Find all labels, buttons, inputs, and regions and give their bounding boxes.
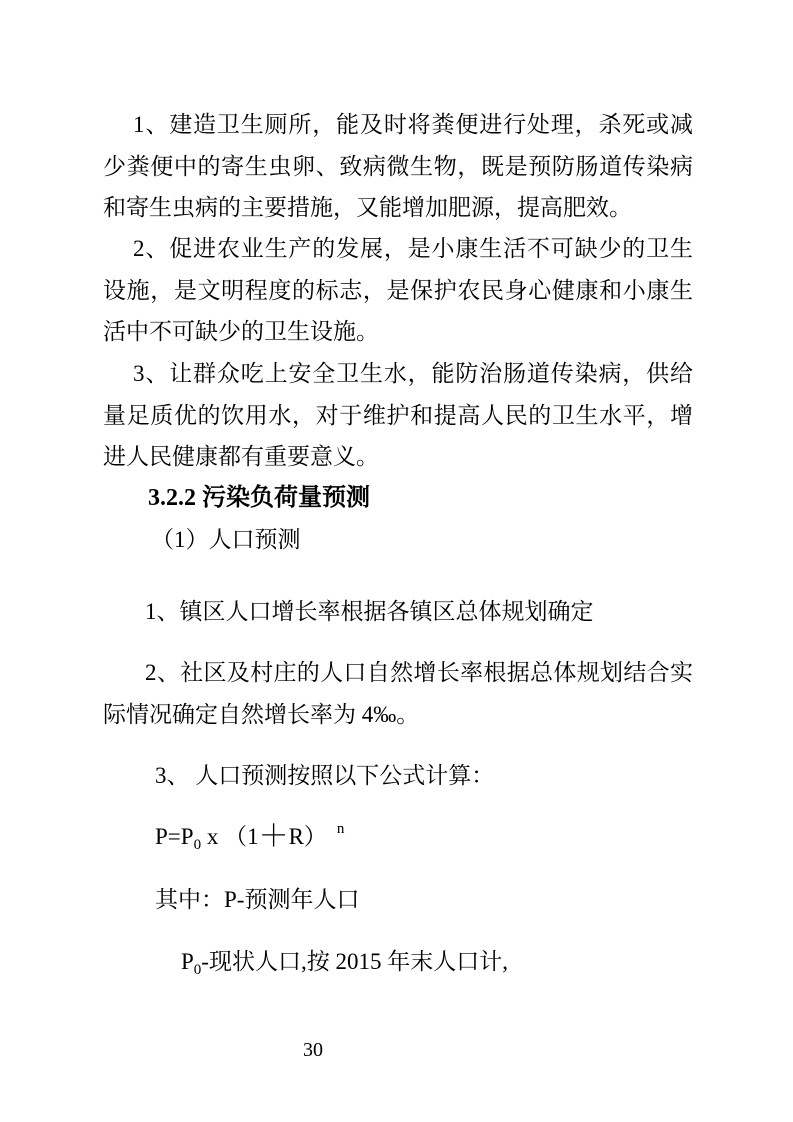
text-line: 际情况确定自然增长率为 4‰。 bbox=[103, 694, 693, 736]
text-line: 1、建造卫生厕所，能及时将粪便进行处理，杀死或减 bbox=[103, 104, 693, 146]
body-paragraph-1: 1、建造卫生厕所，能及时将粪便进行处理，杀死或减 少粪便中的寄生虫卵、致病微生物… bbox=[103, 104, 693, 229]
text-line: 量足质优的饮用水，对于维护和提高人民的卫生水平，增 bbox=[103, 395, 693, 437]
text-line: 设施，是文明程度的标志，是保护农民身心健康和小康生 bbox=[103, 270, 693, 312]
formula-subscript: 0 bbox=[194, 837, 202, 853]
text-line: 少粪便中的寄生虫卵、致病微生物，既是预防肠道传染病 bbox=[103, 146, 693, 188]
text-line: 2、社区及村庄的人口自然增长率根据总体规划结合实 bbox=[103, 652, 693, 694]
formula-lead: P=P bbox=[155, 824, 194, 849]
list-item-2: 2、社区及村庄的人口自然增长率根据总体规划结合实 际情况确定自然增长率为 4‰。 bbox=[103, 652, 693, 735]
formula-line: P=P0 x （1＋R）n bbox=[103, 816, 745, 858]
text-line: 活中不可缺少的卫生设施。 bbox=[103, 311, 693, 353]
p0-lead: P bbox=[181, 949, 194, 974]
list-item-1: 1、镇区人口增长率根据各镇区总体规划确定 bbox=[103, 591, 735, 633]
section-heading: 3.2.2 污染负荷量预测 bbox=[103, 478, 738, 520]
page-number: 30 bbox=[243, 1036, 383, 1064]
text-line: 3、让群众吃上安全卫生水，能防治肠道传染病，供给 bbox=[103, 353, 693, 395]
text-line: 进人民健康都有重要意义。 bbox=[103, 436, 693, 478]
formula-mid: x （1 bbox=[201, 824, 259, 849]
formula-p0-line: P0-现状人口,按 2015 年末人口计, bbox=[103, 941, 771, 983]
document-page: 1、建造卫生厕所，能及时将粪便进行处理，杀死或减 少粪便中的寄生虫卵、致病微生物… bbox=[0, 0, 793, 1122]
text-line: 2、促进农业生产的发展，是小康生活不可缺少的卫生 bbox=[103, 228, 693, 270]
formula-where-line: 其中：P-预测年人口 bbox=[103, 879, 745, 921]
p0-rest: -现状人口,按 2015 年末人口计, bbox=[201, 949, 508, 974]
formula-superscript: n bbox=[337, 821, 345, 837]
formula-tail: R） bbox=[289, 824, 327, 849]
list-item-3: 3、 人口预测按照以下公式计算： bbox=[103, 755, 745, 797]
text-line: 和寄生虫病的主要措施，又能增加肥源，提高肥效。 bbox=[103, 187, 693, 229]
subheading-population-forecast: （1）人口预测 bbox=[103, 519, 741, 561]
body-paragraph-3: 3、让群众吃上安全卫生水，能防治肠道传染病，供给 量足质优的饮用水，对于维护和提… bbox=[103, 353, 693, 478]
body-paragraph-2: 2、促进农业生产的发展，是小康生活不可缺少的卫生 设施，是文明程度的标志，是保护… bbox=[103, 228, 693, 353]
formula-plus-sign: ＋ bbox=[259, 820, 289, 853]
